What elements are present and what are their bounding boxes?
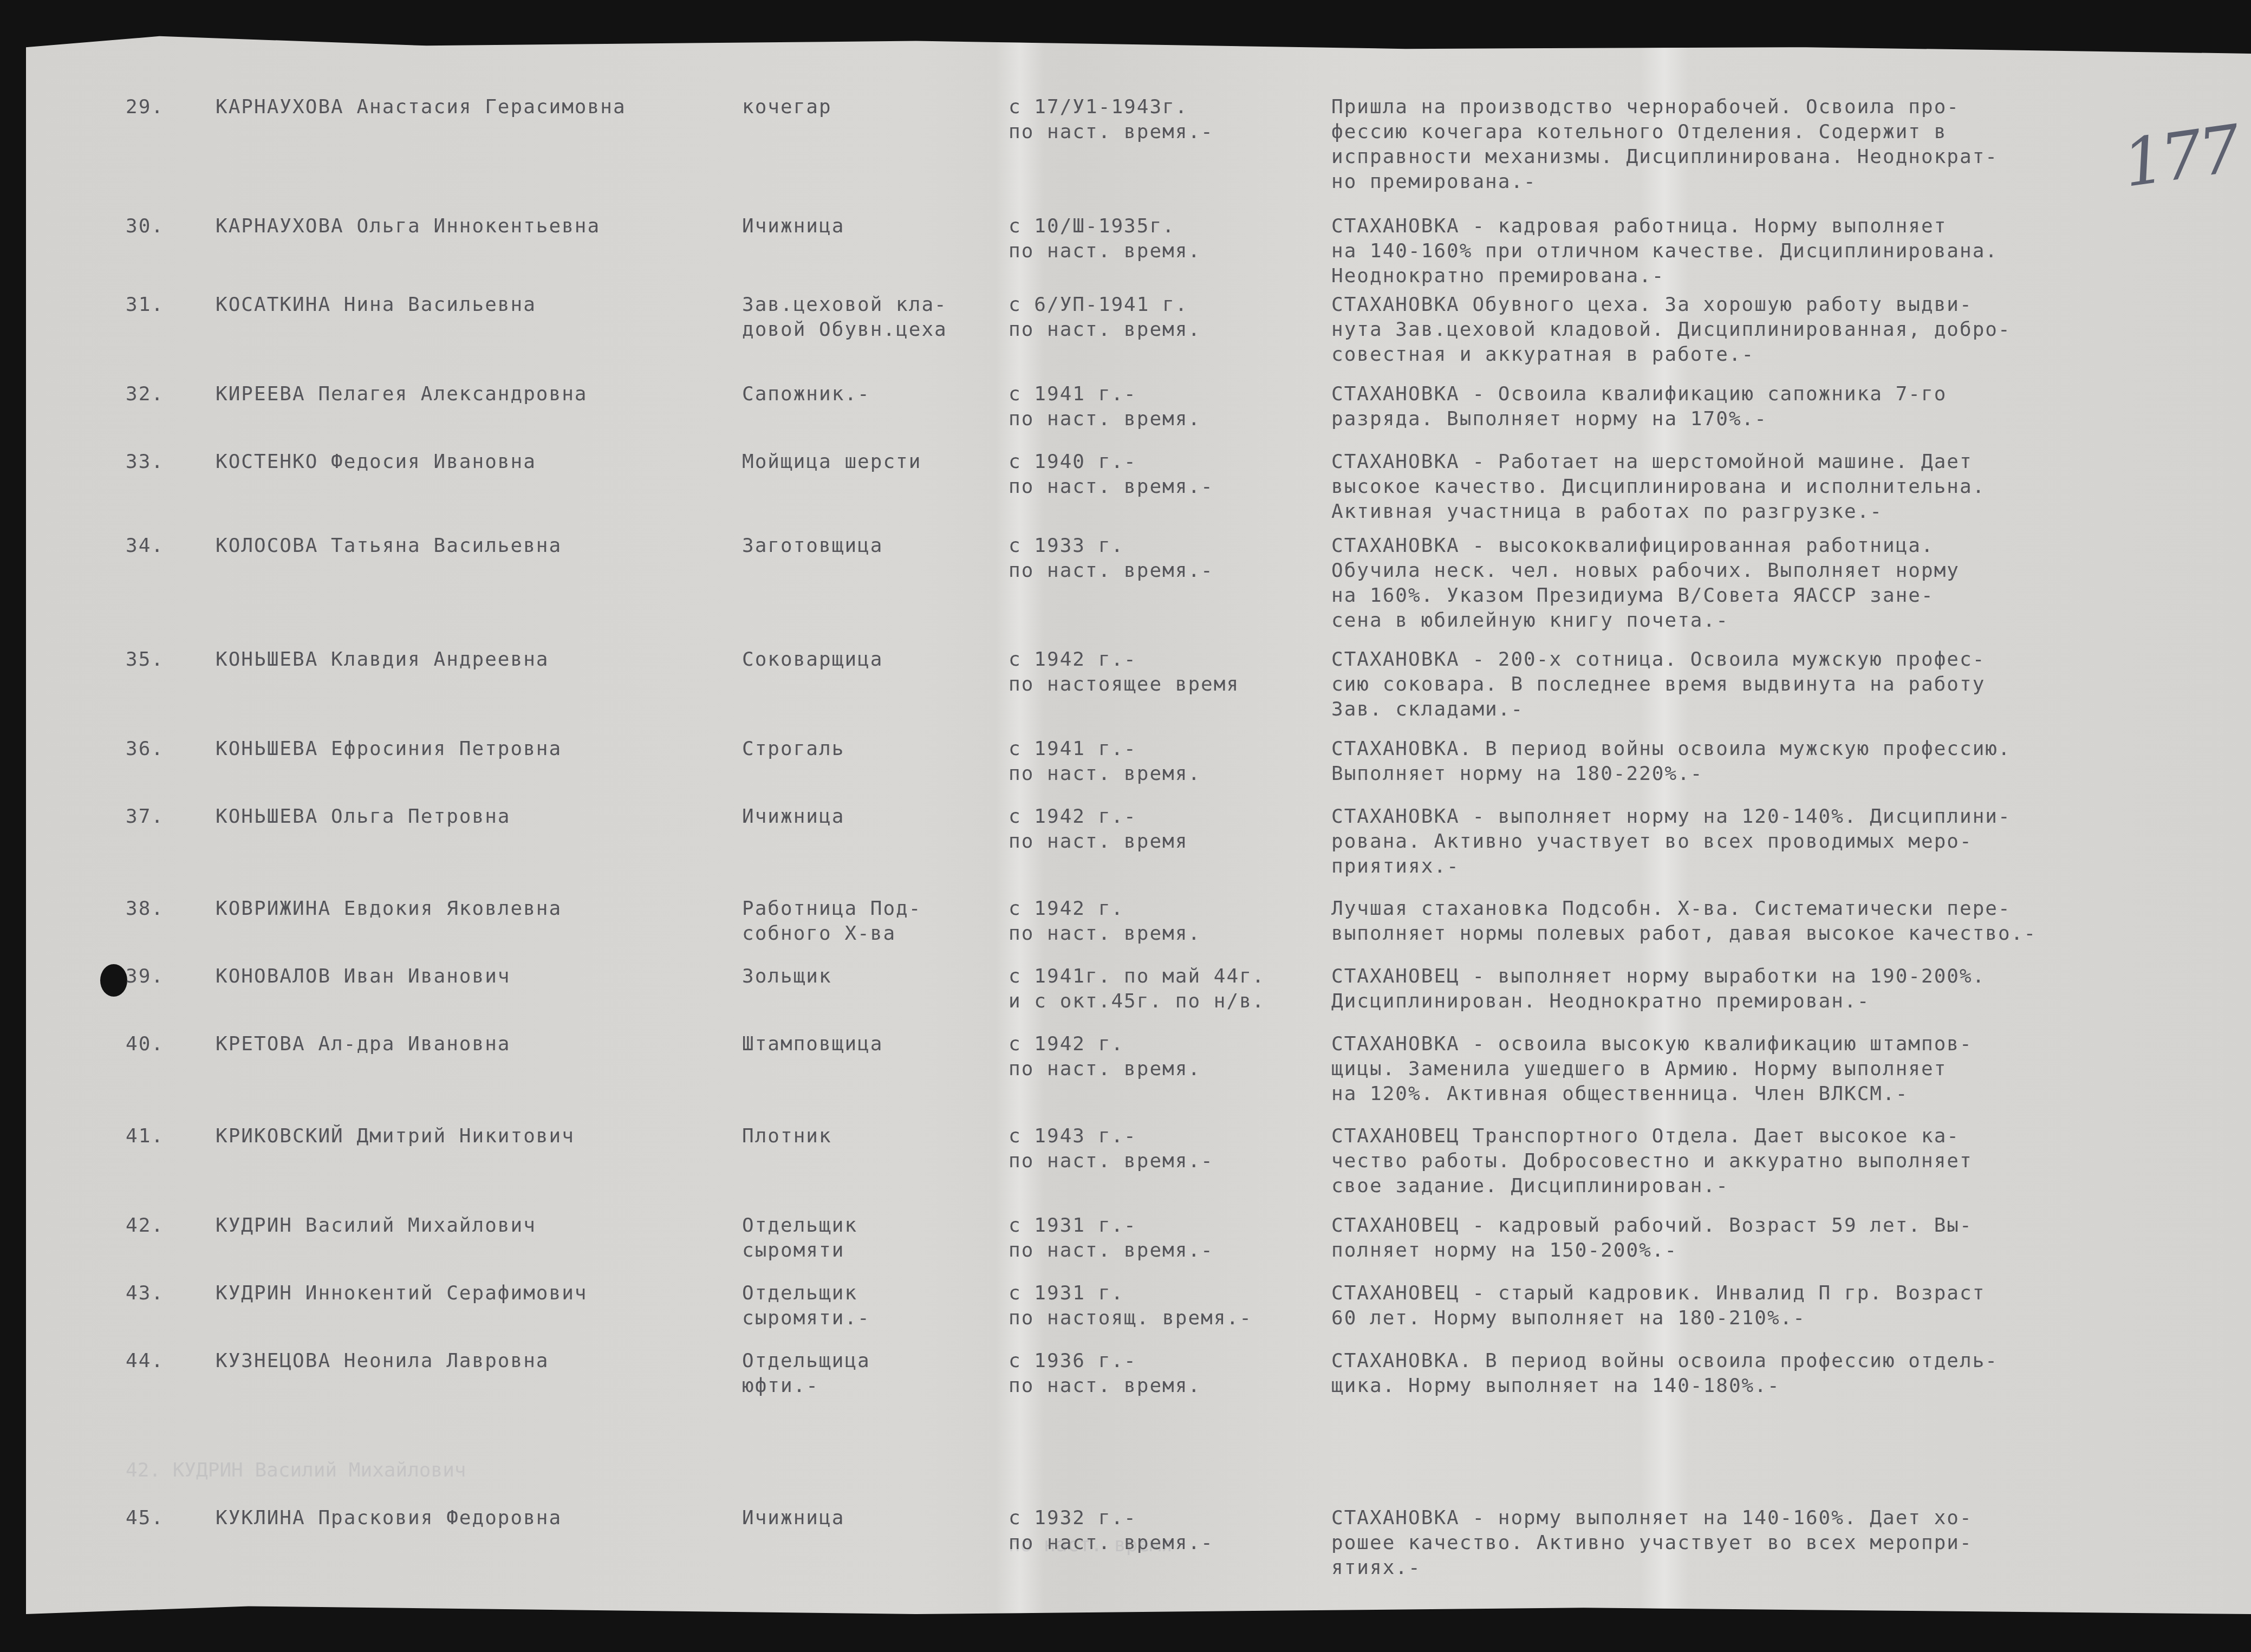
employment-period-line: по наст. время.	[1009, 921, 1201, 946]
employee-position: Мойщица шерсти	[742, 450, 921, 474]
entry-number: 29.	[126, 95, 164, 120]
employee-position-line: Отдельщик	[742, 1213, 857, 1238]
employment-period: с 10/Ш-1935г.по наст. время.	[1009, 214, 1201, 264]
employee-characteristic-line: СТАХАНОВЕЦ - выполняет норму выработки н…	[1331, 964, 1985, 989]
employee-characteristic-line: СТАХАНОВКА. В период войны освоила мужск…	[1331, 737, 2011, 762]
employee-name-line: КОВРИЖИНА Евдокия Яковлевна	[216, 896, 562, 921]
employee-name: КРЕТОВА Ал-дра Ивановна	[216, 1032, 511, 1057]
employee-name: КУДРИН Иннокентий Серафимович	[216, 1281, 588, 1306]
employee-position: Строгаль	[742, 737, 844, 762]
employment-period-line: с 17/У1-1943г.	[1009, 95, 1214, 120]
employee-characteristic-line: совестная и аккуратная в работе.-	[1331, 342, 2011, 367]
punch-hole	[100, 964, 127, 997]
entry-number-line: 31.	[126, 292, 164, 317]
entry-number: 45.	[126, 1506, 164, 1531]
employee-name-line: КУКЛИНА Прасковия Федоровна	[216, 1506, 562, 1531]
employment-period-line: и с окт.45г. по н/в.	[1009, 989, 1265, 1014]
employee-position-line: Ичижница	[742, 804, 844, 829]
entry-number-line: 43.	[126, 1281, 164, 1306]
employment-period-line: с 1941 г.-	[1009, 737, 1201, 762]
employee-characteristic: СТАХАНОВКА - освоила высокую квалификаци…	[1331, 1032, 1973, 1107]
entry-number: 39.	[126, 964, 164, 989]
entry-number-line: 36.	[126, 737, 164, 762]
entry-number-line: 30.	[126, 214, 164, 239]
entry-number: 36.	[126, 737, 164, 762]
entry-number-line: 32.	[126, 382, 164, 407]
employee-name: КОСТЕНКО Федосия Ивановна	[216, 450, 536, 474]
employee-characteristic: СТАХАНОВКА. В период войны освоила мужск…	[1331, 737, 2011, 786]
entry-number-line: 39.	[126, 964, 164, 989]
employee-name: КОНЬШЕВА Ольга Петровна	[216, 804, 511, 829]
employee-characteristic-line: СТАХАНОВКА - Работает на шерстомойной ма…	[1331, 450, 1985, 474]
employee-name-line: КАРНАУХОВА Ольга Иннокентьевна	[216, 214, 600, 239]
employment-period: с 1932 г.-по наст. время.-	[1009, 1506, 1214, 1556]
employee-characteristic-line: но премирована.-	[1331, 170, 1998, 194]
employee-characteristic-line: на 160%. Указом Президиума В/Совета ЯАСС…	[1331, 583, 1960, 608]
employee-name: КАРНАУХОВА Анастасия Герасимовна	[216, 95, 626, 120]
employment-period-line: с 1942 г.	[1009, 896, 1201, 921]
entry-number: 38.	[126, 896, 164, 921]
employment-period: с 6/УП-1941 г.по наст. время.	[1009, 292, 1201, 342]
employment-period-line: с 1933 г.	[1009, 534, 1214, 558]
employment-period: с 1933 г.по наст. время.-	[1009, 534, 1214, 583]
employee-characteristic-line: свое задание. Дисциплинирован.-	[1331, 1174, 1973, 1199]
employee-name-line: КИРЕЕВА Пелагея Александровна	[216, 382, 588, 407]
employee-characteristic-line: СТАХАНОВКА - выполняет норму на 120-140%…	[1331, 804, 2011, 829]
employee-characteristic: Пришла на производство чернорабочей. Осв…	[1331, 95, 1998, 194]
employee-characteristic-line: Зав. складами.-	[1331, 697, 1985, 722]
employment-period-line: с 1941 г.-	[1009, 382, 1201, 407]
handwritten-sheet-number: 177	[2118, 112, 2242, 202]
employee-position-line: Ичижница	[742, 214, 844, 239]
employee-characteristic-line: СТАХАНОВКА - норму выполняет на 140-160%…	[1331, 1506, 1973, 1531]
employee-characteristic-line: СТАХАНОВКА - освоила высокую квалификаци…	[1331, 1032, 1973, 1057]
employee-name: КОНЬШЕВА Ефросиния Петровна	[216, 737, 562, 762]
employee-name-line: КОНЬШЕВА Ольга Петровна	[216, 804, 511, 829]
employee-position: Ичижница	[742, 804, 844, 829]
employee-characteristic-line: Пришла на производство чернорабочей. Осв…	[1331, 95, 1998, 120]
employment-period-line: по наст. время.-	[1009, 1149, 1214, 1174]
employee-name-line: КОСАТКИНА Нина Васильевна	[216, 292, 536, 317]
employment-period-line: с 1940 г.-	[1009, 450, 1214, 474]
employee-characteristic-line: Дисциплинирован. Неоднократно премирован…	[1331, 989, 1985, 1014]
employee-characteristic-line: чество работы. Добросовестно и аккуратно…	[1331, 1149, 1973, 1174]
employee-characteristic-line: Выполняет норму на 180-220%.-	[1331, 762, 2011, 786]
employee-characteristic-line: исправности механизмы. Дисциплинирована.…	[1331, 145, 1998, 170]
employee-characteristic-line: Лучшая стахановка Подсобн. Х-ва. Система…	[1331, 896, 2037, 921]
employee-name: КРИКОВСКИЙ Дмитрий Никитович	[216, 1124, 575, 1149]
entry-number-line: 34.	[126, 534, 164, 558]
entry-number: 35.	[126, 647, 164, 672]
employee-characteristic-line: щицы. Заменила ушедшего в Армию. Норму в…	[1331, 1057, 1973, 1082]
employee-characteristic-line: сена в юбилейную книгу почета.-	[1331, 608, 1960, 633]
employment-period: с 1941 г.-по наст. время.	[1009, 737, 1201, 786]
employee-characteristic-line: на 120%. Активная общественница. Член ВЛ…	[1331, 1082, 1973, 1107]
employee-name: КОСАТКИНА Нина Васильевна	[216, 292, 536, 317]
employment-period: с 1936 г.-по наст. время.	[1009, 1349, 1201, 1399]
employee-position: Плотник	[742, 1124, 832, 1149]
bleed-line: 42. КУДРИН Василий Михайлович	[126, 1458, 2130, 1483]
employee-position-line: кочегар	[742, 95, 832, 120]
employee-characteristic: СТАХАНОВКА - кадровая работница. Норму в…	[1331, 214, 1998, 289]
employee-characteristic-line: сию соковара. В последнее время выдвинут…	[1331, 672, 1985, 697]
entry-number-line: 45.	[126, 1506, 164, 1531]
employee-position-line: собного Х-ва	[742, 921, 921, 946]
bleed-through-text: 42. КУДРИН Василий Михайлович по наст. в…	[126, 1408, 2130, 1490]
employee-position-line: Сапожник.-	[742, 382, 870, 407]
entry-number-line: 42.	[126, 1213, 164, 1238]
employment-period-line: по наст. время.	[1009, 762, 1201, 786]
entry-number: 34.	[126, 534, 164, 558]
employee-position-line: Строгаль	[742, 737, 844, 762]
employee-characteristic: СТАХАНОВКА - 200-х сотница. Освоила мужс…	[1331, 647, 1985, 722]
employee-characteristic-line: выполняет нормы полевых работ, давая выс…	[1331, 921, 2037, 946]
employment-period-line: по наст. время.-	[1009, 1531, 1214, 1556]
employee-name: КОЛОСОВА Татьяна Васильевна	[216, 534, 562, 558]
employee-characteristic-line: СТАХАНОВКА - Освоила квалификацию сапожн…	[1331, 382, 1947, 407]
employee-position-line: Зав.цеховой кла-	[742, 292, 947, 317]
employee-characteristic-line: рошее качество. Активно участвует во все…	[1331, 1531, 1973, 1556]
employee-characteristic-line: 60 лет. Норму выполняет на 180-210%.-	[1331, 1306, 1985, 1331]
entry-number: 31.	[126, 292, 164, 317]
employee-position-line: Плотник	[742, 1124, 832, 1149]
employee-characteristic-line: Активная участница в работах по разгрузк…	[1331, 499, 1985, 524]
employee-characteristic-line: СТАХАНОВЕЦ Транспортного Отдела. Дает вы…	[1331, 1124, 1973, 1149]
employment-period: с 1942 г.-по настоящее время	[1009, 647, 1239, 697]
employment-period: с 1942 г.по наст. время.	[1009, 1032, 1201, 1082]
employee-position: Отдельщиксыромяти.-	[742, 1281, 870, 1331]
employment-period-line: с 1936 г.-	[1009, 1349, 1201, 1374]
entry-number: 44.	[126, 1349, 164, 1374]
employee-position: Сапожник.-	[742, 382, 870, 407]
employment-period-line: по наст. время	[1009, 829, 1188, 854]
employee-name-line: КОНЬШЕВА Клавдия Андреевна	[216, 647, 549, 672]
entry-number-line: 33.	[126, 450, 164, 474]
employee-characteristic: СТАХАНОВКА - Работает на шерстомойной ма…	[1331, 450, 1985, 524]
employment-period-line: по наст. время.	[1009, 239, 1201, 264]
employee-characteristic: Лучшая стахановка Подсобн. Х-ва. Система…	[1331, 896, 2037, 946]
employment-period-line: с 1942 г.	[1009, 1032, 1201, 1057]
employee-characteristic: СТАХАНОВЕЦ - старый кадровик. Инвалид П …	[1331, 1281, 1985, 1331]
employment-period-line: с 10/Ш-1935г.	[1009, 214, 1201, 239]
employment-period-line: по настоящее время	[1009, 672, 1239, 697]
employment-period-line: по наст. время.	[1009, 317, 1201, 342]
employment-period: с 1941 г.-по наст. время.	[1009, 382, 1201, 432]
employee-position-line: Заготовщица	[742, 534, 883, 558]
entry-number: 33.	[126, 450, 164, 474]
employment-period-line: по наст. время.-	[1009, 120, 1214, 145]
employee-characteristic-line: Обучила неск. чел. новых рабочих. Выполн…	[1331, 558, 1960, 583]
employee-position-line: юфти.-	[742, 1374, 870, 1399]
employment-period-line: по наст. время.-	[1009, 474, 1214, 499]
employment-period: с 1942 г.по наст. время.	[1009, 896, 1201, 946]
entry-number-line: 40.	[126, 1032, 164, 1057]
employee-characteristic-line: СТАХАНОВКА - высококвалифицированная раб…	[1331, 534, 1960, 558]
employee-characteristic-line: СТАХАНОВКА Обувного цеха. За хорошую раб…	[1331, 292, 2011, 317]
employee-name-line: КОСТЕНКО Федосия Ивановна	[216, 450, 536, 474]
employee-characteristic-line: рована. Активно участвует во всех провод…	[1331, 829, 2011, 854]
employment-period-line: с 1942 г.-	[1009, 647, 1239, 672]
employee-characteristic-line: СТАХАНОВЕЦ - старый кадровик. Инвалид П …	[1331, 1281, 1985, 1306]
employee-characteristic-line: СТАХАНОВКА - кадровая работница. Норму в…	[1331, 214, 1998, 239]
employee-name: КОНОВАЛОВ Иван Иванович	[216, 964, 511, 989]
employee-name-line: КРИКОВСКИЙ Дмитрий Никитович	[216, 1124, 575, 1149]
employee-position: Отдельщицаюфти.-	[742, 1349, 870, 1399]
employee-position: Заготовщица	[742, 534, 883, 558]
employee-characteristic-line: высокое качество. Дисциплинирована и исп…	[1331, 474, 1985, 499]
employment-period: с 1941г. по май 44г.и с окт.45г. по н/в.	[1009, 964, 1265, 1014]
employee-characteristic-line: Неоднократно премирована.-	[1331, 264, 1998, 289]
employment-period-line: с 1943 г.-	[1009, 1124, 1214, 1149]
employee-characteristic-line: ятиях.-	[1331, 1556, 1973, 1581]
employee-position-line: сыромяти	[742, 1238, 857, 1263]
employee-position: Соковарщица	[742, 647, 883, 672]
employment-period: с 1931 г.по настоящ. время.-	[1009, 1281, 1252, 1331]
employee-name-line: КАРНАУХОВА Анастасия Герасимовна	[216, 95, 626, 120]
employee-position: Отдельщиксыромяти	[742, 1213, 857, 1263]
employee-characteristic: СТАХАНОВКА Обувного цеха. За хорошую раб…	[1331, 292, 2011, 367]
employee-position-line: Ичижница	[742, 1506, 844, 1531]
employment-period-line: с 1931 г.-	[1009, 1213, 1214, 1238]
employee-position-line: сыромяти.-	[742, 1306, 870, 1331]
employee-position-line: Штамповщица	[742, 1032, 883, 1057]
employee-position-line: Работница Под-	[742, 896, 921, 921]
entry-number-line: 29.	[126, 95, 164, 120]
employee-characteristic: СТАХАНОВКА - норму выполняет на 140-160%…	[1331, 1506, 1973, 1581]
employee-characteristic: СТАХАНОВЕЦ Транспортного Отдела. Дает вы…	[1331, 1124, 1973, 1199]
employee-characteristic: СТАХАНОВКА - Освоила квалификацию сапожн…	[1331, 382, 1947, 432]
employee-characteristic: СТАХАНОВКА - высококвалифицированная раб…	[1331, 534, 1960, 633]
employment-period: с 1931 г.-по наст. время.-	[1009, 1213, 1214, 1263]
employment-period-line: по наст. время.	[1009, 1374, 1201, 1399]
employee-name: КУДРИН Василий Михайлович	[216, 1213, 536, 1238]
employee-characteristic-line: СТАХАНОВКА. В период войны освоила профе…	[1331, 1349, 1998, 1374]
entry-number-line: 37.	[126, 804, 164, 829]
employee-name: КУКЛИНА Прасковия Федоровна	[216, 1506, 562, 1531]
employee-position-line: Зольщик	[742, 964, 832, 989]
employee-name-line: КОНОВАЛОВ Иван Иванович	[216, 964, 511, 989]
employee-characteristic-line: СТАХАНОВКА - 200-х сотница. Освоила мужс…	[1331, 647, 1985, 672]
employee-characteristic: СТАХАНОВЕЦ - кадровый рабочий. Возраст 5…	[1331, 1213, 1973, 1263]
employee-characteristic-line: приятиях.-	[1331, 854, 2011, 879]
employment-period: с 1940 г.-по наст. время.-	[1009, 450, 1214, 499]
employment-period-line: с 1931 г.	[1009, 1281, 1252, 1306]
employment-period: с 1943 г.-по наст. время.-	[1009, 1124, 1214, 1174]
employee-name-line: КРЕТОВА Ал-дра Ивановна	[216, 1032, 511, 1057]
entry-number: 40.	[126, 1032, 164, 1057]
employee-position-line: довой Обувн.цеха	[742, 317, 947, 342]
employment-period-line: с 1932 г.-	[1009, 1506, 1214, 1531]
employee-position: Штамповщица	[742, 1032, 883, 1057]
entry-number-line: 41.	[126, 1124, 164, 1149]
entry-number-line: 38.	[126, 896, 164, 921]
employee-characteristic: СТАХАНОВКА - выполняет норму на 120-140%…	[1331, 804, 2011, 879]
employee-characteristic-line: нута Зав.цеховой кладовой. Дисциплиниров…	[1331, 317, 2011, 342]
entry-number-line: 44.	[126, 1349, 164, 1374]
employment-period: с 1942 г.-по наст. время	[1009, 804, 1188, 854]
entry-number: 30.	[126, 214, 164, 239]
employee-characteristic: СТАХАНОВКА. В период войны освоила профе…	[1331, 1349, 1998, 1399]
employee-characteristic-line: щика. Норму выполняет на 140-180%.-	[1331, 1374, 1998, 1399]
employment-period-line: по наст. время.-	[1009, 558, 1214, 583]
employee-name: КОВРИЖИНА Евдокия Яковлевна	[216, 896, 562, 921]
employee-name-line: КОНЬШЕВА Ефросиния Петровна	[216, 737, 562, 762]
employee-characteristic-line: полняет норму на 150-200%.-	[1331, 1238, 1973, 1263]
employment-period-line: по наст. время.	[1009, 407, 1201, 432]
employee-position-line: Отдельщик	[742, 1281, 870, 1306]
employee-name: КУЗНЕЦОВА Неонила Лавровна	[216, 1349, 549, 1374]
entry-number: 37.	[126, 804, 164, 829]
employee-name: КОНЬШЕВА Клавдия Андреевна	[216, 647, 549, 672]
employee-position: Ичижница	[742, 214, 844, 239]
employee-name: КАРНАУХОВА Ольга Иннокентьевна	[216, 214, 600, 239]
entry-number: 41.	[126, 1124, 164, 1149]
entry-number: 43.	[126, 1281, 164, 1306]
employee-name-line: КУДРИН Василий Михайлович	[216, 1213, 536, 1238]
employment-period-line: с 6/УП-1941 г.	[1009, 292, 1201, 317]
entry-number-line: 35.	[126, 647, 164, 672]
entry-number: 32.	[126, 382, 164, 407]
employee-characteristic: СТАХАНОВЕЦ - выполняет норму выработки н…	[1331, 964, 1985, 1014]
employment-period-line: с 1941г. по май 44г.	[1009, 964, 1265, 989]
employee-name-line: КУЗНЕЦОВА Неонила Лавровна	[216, 1349, 549, 1374]
employee-position: Зольщик	[742, 964, 832, 989]
employee-characteristic-line: на 140-160% при отличном качестве. Дисци…	[1331, 239, 1998, 264]
employee-name-line: КУДРИН Иннокентий Серафимович	[216, 1281, 588, 1306]
employee-position: кочегар	[742, 95, 832, 120]
entry-number: 42.	[126, 1213, 164, 1238]
employee-position: Ичижница	[742, 1506, 844, 1531]
employee-position-line: Отдельщица	[742, 1349, 870, 1374]
employee-characteristic-line: разряда. Выполняет норму на 170%.-	[1331, 407, 1947, 432]
employee-characteristic-line: фессию кочегара котельного Отделения. Со…	[1331, 120, 1998, 145]
employee-position: Работница Под-собного Х-ва	[742, 896, 921, 946]
employee-characteristic-line: СТАХАНОВЕЦ - кадровый рабочий. Возраст 5…	[1331, 1213, 1973, 1238]
employment-period: с 17/У1-1943г.по наст. время.-	[1009, 95, 1214, 145]
employment-period-line: с 1942 г.-	[1009, 804, 1188, 829]
employee-name-line: КОЛОСОВА Татьяна Васильевна	[216, 534, 562, 558]
employment-period-line: по настоящ. время.-	[1009, 1306, 1252, 1331]
employment-period-line: по наст. время.	[1009, 1057, 1201, 1082]
employee-position: Зав.цеховой кла-довой Обувн.цеха	[742, 292, 947, 342]
employment-period-line: по наст. время.-	[1009, 1238, 1214, 1263]
employee-name: КИРЕЕВА Пелагея Александровна	[216, 382, 588, 407]
employee-position-line: Соковарщица	[742, 647, 883, 672]
employee-position-line: Мойщица шерсти	[742, 450, 921, 474]
